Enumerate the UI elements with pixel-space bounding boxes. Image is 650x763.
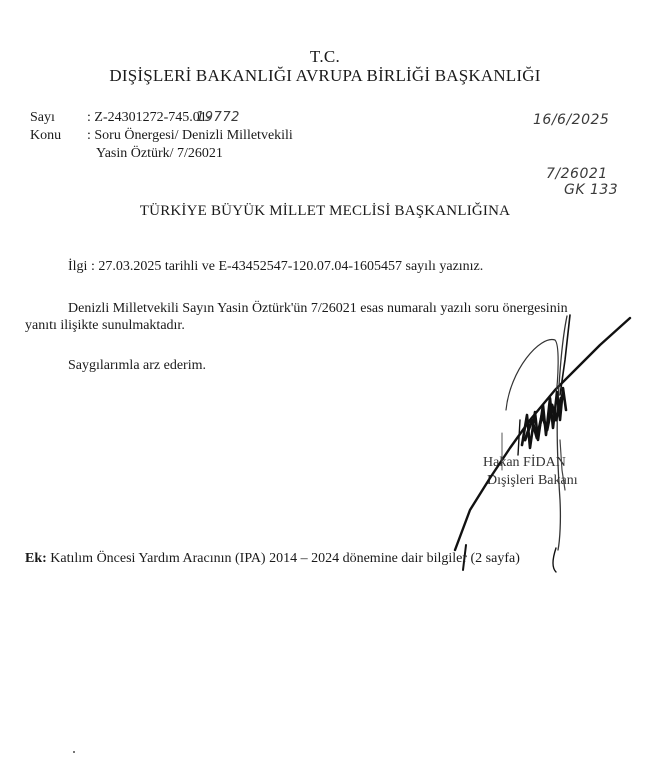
konu-label: Konu: [30, 128, 61, 144]
konu-value-line1: : Soru Önergesi/ Denizli Milletvekili: [87, 128, 293, 144]
handwritten-gk-code: GK 133: [564, 182, 618, 198]
handwritten-date: 16/6/2025: [533, 112, 609, 128]
header-tc: T.C.: [0, 47, 650, 67]
sayi-value: : Z-24301272-745.01-: [87, 110, 211, 126]
scan-speck: [73, 751, 75, 753]
ilgi-reference: İlgi : 27.03.2025 tarihli ve E-43452547-…: [68, 259, 483, 275]
closing-salutation: Saygılarımla arz ederim.: [68, 358, 206, 374]
attachment-note: Ek: Katılım Öncesi Yardım Aracının (IPA)…: [25, 551, 520, 567]
body-paragraph-line1: Denizli Milletvekili Sayın Yasin Öztürk'…: [68, 301, 568, 317]
attachment-text: Katılım Öncesi Yardım Aracının (IPA) 201…: [47, 551, 520, 566]
attachment-label: Ek:: [25, 551, 47, 566]
recipient-heading: TÜRKİYE BÜYÜK MİLLET MECLİSİ BAŞKANLIĞIN…: [0, 203, 650, 220]
signer-name: Hakan FİDAN: [483, 455, 566, 471]
konu-value-line2: Yasin Öztürk/ 7/26021: [96, 146, 223, 162]
handwritten-ref-number: 7/26021: [546, 166, 608, 182]
body-paragraph-line2: yanıtı ilişikte sunulmaktadır.: [25, 318, 185, 334]
sayi-handwritten-number: 19772: [196, 110, 240, 125]
header-organization: DIŞİŞLERİ BAKANLIĞI AVRUPA BİRLİĞİ BAŞKA…: [0, 66, 650, 86]
sayi-label: Sayı: [30, 110, 55, 126]
signer-title: Dışişleri Bakanı: [487, 473, 578, 489]
